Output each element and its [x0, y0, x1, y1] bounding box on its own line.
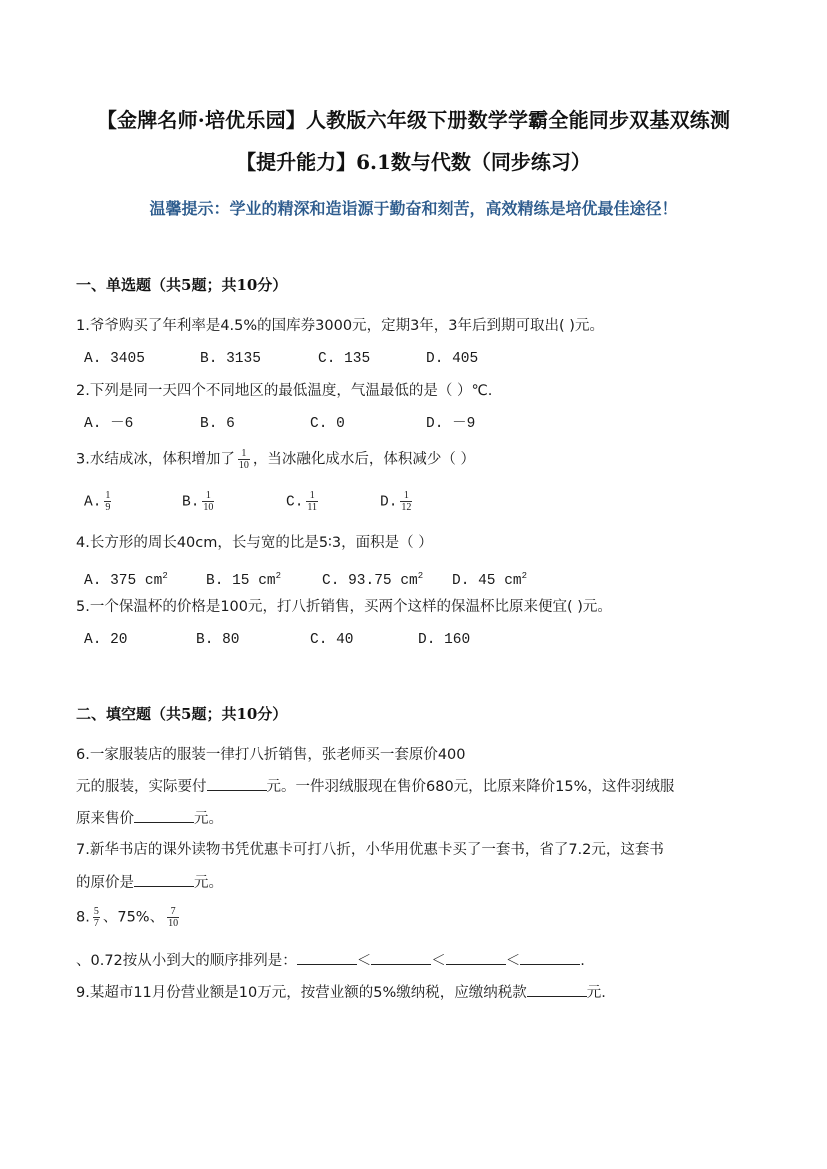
option-b: B. 6 [200, 414, 235, 434]
question-3-text: 3.水结成冰，体积增加了110，当冰融化成水后，体积减少（ ） [76, 448, 475, 471]
answer-blank[interactable] [527, 982, 587, 997]
question-6-line2: 元的服装，实际要付元。一件羽绒服现在售价680元，比原来降价15%，这件羽绒服 [76, 776, 674, 797]
question-7-line2: 的原价是元。 [76, 872, 223, 893]
question-2-text: 2.下列是同一天四个不同地区的最低温度，气温最低的是（ ）℃. [76, 381, 492, 401]
option-b: B. 15 cm2 [206, 566, 281, 591]
question-6-line3: 原来售价元。 [76, 808, 223, 829]
answer-blank[interactable] [207, 776, 267, 791]
answer-blank[interactable] [297, 950, 357, 965]
question-5-text: 5.一个保温杯的价格是100元，打八折销售，买两个这样的保温杯比原来便宜( )元… [76, 597, 612, 617]
option-d: D. 45 cm2 [452, 566, 527, 591]
question-9-text: 9.某超市11月份营业额是10万元，按营业额的5%缴纳税，应缴纳税款元. [76, 982, 606, 1003]
answer-blank[interactable] [446, 950, 506, 965]
option-a: A. －6 [84, 414, 133, 434]
question-8-line2: 、0.72按从小到大的顺序排列是：＜＜＜. [76, 950, 585, 971]
option-c: C. 0 [310, 414, 345, 434]
answer-blank[interactable] [520, 950, 580, 965]
answer-blank[interactable] [134, 808, 194, 823]
option-c: C. 40 [310, 630, 354, 650]
question-8-line1: 8.57、75%、710 [76, 906, 182, 929]
option-b: B.110 [182, 490, 217, 513]
answer-blank[interactable] [134, 872, 194, 887]
document-title: 【金牌名师·培优乐园】人教版六年级下册数学学霸全能同步双基双练测 [0, 108, 827, 132]
fraction: 110 [238, 448, 250, 471]
question-7-line1: 7.新华书店的课外读物书凭优惠卡可打八折，小华用优惠卡买了一套书，省了7.2元，… [76, 840, 664, 860]
document-subtitle: 【提升能力】6.1数与代数（同步练习） [0, 150, 827, 174]
tip-banner: 温馨提示：学业的精深和造诣源于勤奋和刻苦，高效精练是培优最佳途径！ [0, 198, 827, 220]
option-c: C. 93.75 cm2 [322, 566, 423, 591]
option-a: A. 375 cm2 [84, 566, 168, 591]
section-heading-single-choice: 一、单选题（共5题；共10分） [76, 275, 287, 295]
section-heading-fill-blank: 二、填空题（共5题；共10分） [76, 704, 287, 724]
question-6-line1: 6.一家服装店的服装一律打八折销售，张老师买一套原价400 [76, 745, 466, 765]
option-c: C. 135 [318, 349, 370, 369]
fraction: 57 [93, 906, 100, 929]
document-page: 【金牌名师·培优乐园】人教版六年级下册数学学霸全能同步双基双练测 【提升能力】6… [0, 0, 827, 1169]
option-a: A.19 [84, 490, 114, 513]
option-b: B. 80 [196, 630, 240, 650]
question-1-text: 1.爷爷购买了年利率是4.5%的国库券3000元，定期3年，3年后到期可取出( … [76, 316, 604, 336]
answer-blank[interactable] [371, 950, 431, 965]
option-c: C.111 [286, 490, 321, 513]
option-d: D.112 [380, 490, 415, 513]
option-a: A. 3405 [84, 349, 145, 369]
question-4-text: 4.长方形的周长40cm，长与宽的比是5∶3，面积是（ ） [76, 533, 433, 553]
fraction: 710 [167, 906, 179, 929]
option-d: D. 160 [418, 630, 470, 650]
option-d: D. 405 [426, 349, 478, 369]
option-d: D. －9 [426, 414, 475, 434]
option-a: A. 20 [84, 630, 128, 650]
option-b: B. 3135 [200, 349, 261, 369]
